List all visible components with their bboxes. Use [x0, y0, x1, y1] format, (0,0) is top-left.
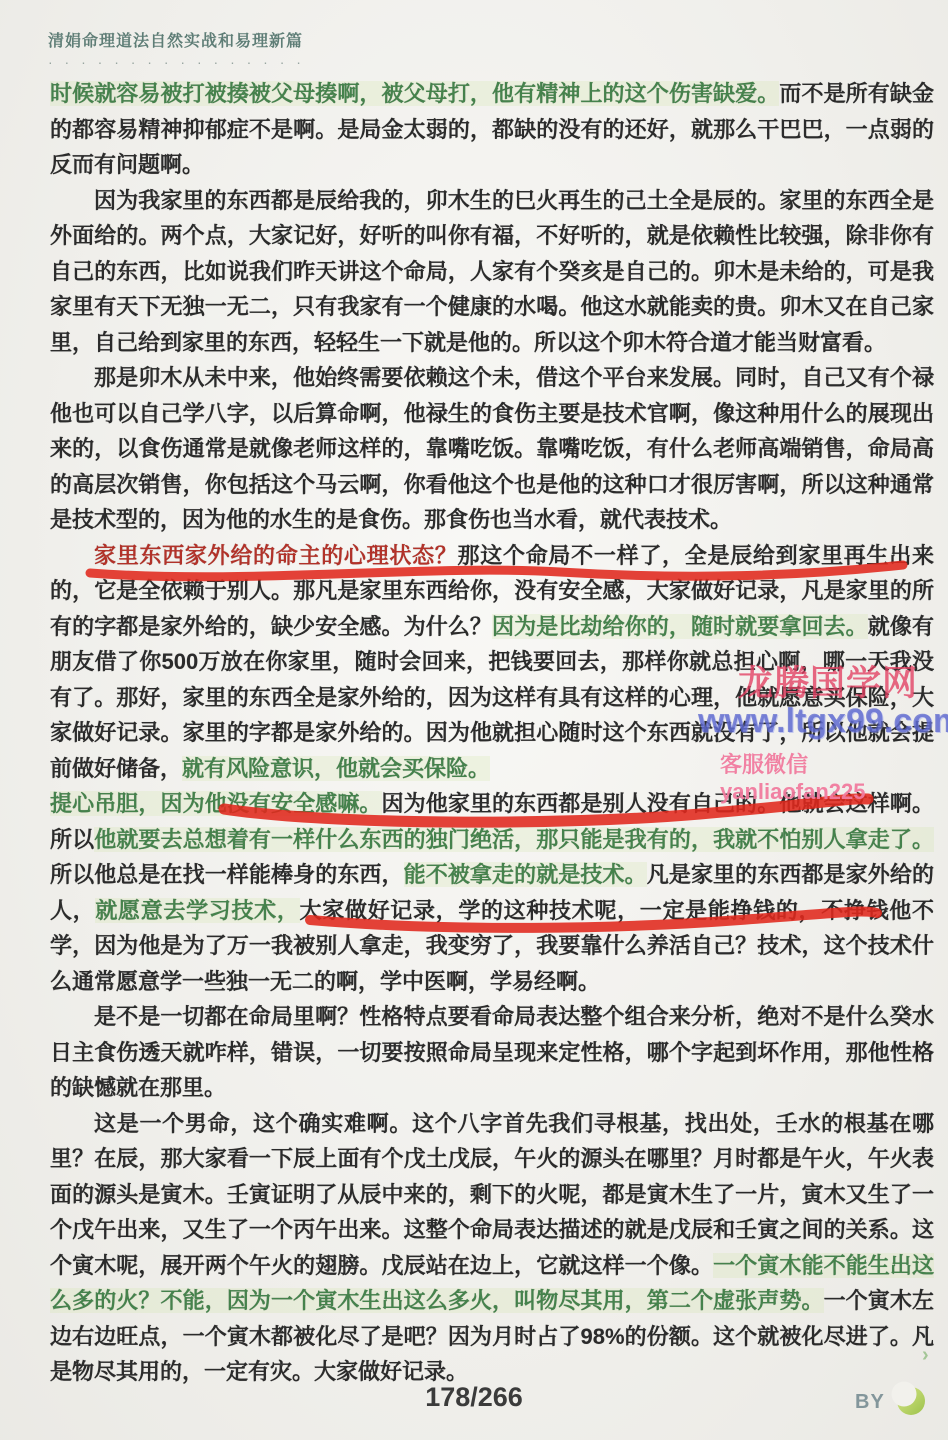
text-segment: 所以他总是在找一样能棒身的东西， [50, 862, 404, 887]
page-indicator: 178/266 [0, 1382, 948, 1413]
paragraph: 家里东西家外给的命主的心理状态？那这个命局不一样了，全是辰给到家里再生出来的，它… [50, 538, 934, 787]
text-segment: 因为我家里的东西都是辰给我的，卯木生的巳火再生的己土全是辰的。家里的东西全是外面… [50, 188, 934, 355]
body-text: 时候就容易被打被揍被父母揍啊，被父母打，他有精神上的这个伤害缺爱。而不是所有缺金… [50, 76, 934, 1390]
dots-divider: · · · · · · · · · · · · · · · · [48, 54, 305, 70]
paragraph: 提心吊胆，因为他没有安全感嘛。因为他家里的东西都是别人没有自己的。他就会这样啊。… [50, 786, 934, 999]
chevron-right-icon: › [922, 1344, 929, 1367]
by-label: BY [855, 1391, 885, 1414]
paragraph: 那是卯木从未中来，他始终需要依赖这个未，借这个平台来发展。同时，自己又有个禄他也… [50, 360, 934, 538]
text-segment: 提心吊胆，因为他没有安全感嘛。 [50, 791, 382, 816]
text-segment: 时候就容易被打被揍被父母揍啊，被父母打，他有精神上的这个伤害缺爱。 [50, 81, 779, 106]
text-segment-heading: 家里东西家外给的命主的心理状态？ [94, 543, 458, 568]
paragraph: 因为我家里的东西都是辰给我的，卯木生的巳火再生的己土全是辰的。家里的东西全是外面… [50, 183, 934, 361]
text-segment: 那是卯木从未中来，他始终需要依赖这个未，借这个平台来发展。同时，自己又有个禄他也… [50, 365, 934, 532]
paragraph: 这是一个男命，这个确实难啊。这个八字首先我们寻根基，找出处，壬水的根基在哪里？在… [50, 1106, 934, 1390]
paragraph: 是不是一切都在命局里啊？性格特点要看命局表达整个组合来分析，绝对不是什么癸水日主… [50, 999, 934, 1106]
crescent-moon-icon [891, 1381, 929, 1419]
text-segment: 是不是一切都在命局里啊？性格特点要看命局表达整个组合来分析，绝对不是什么癸水日主… [50, 1004, 934, 1100]
text-segment: 因为是比劫给你的，随时就要拿回去。 [492, 614, 868, 639]
text-segment: 就有风险意识，他就会买保险。 [182, 756, 490, 781]
paragraph: 时候就容易被打被揍被父母揍啊，被父母打，他有精神上的这个伤害缺爱。而不是所有缺金… [50, 76, 934, 183]
text-segment: 能不被拿走的就是技术。 [404, 862, 647, 887]
text-segment: 他就要去总想着有一样什么东西的独门绝活，那只能是我有的，我就不怕别人拿走了。 [94, 827, 934, 852]
ebook-page: 清娟命理道法自然实战和易理新篇 · · · · · · · · · · · · … [0, 0, 948, 1440]
page-title: 清娟命理道法自然实战和易理新篇 [48, 28, 303, 51]
text-segment: 就愿意去学习技术， [95, 898, 299, 923]
